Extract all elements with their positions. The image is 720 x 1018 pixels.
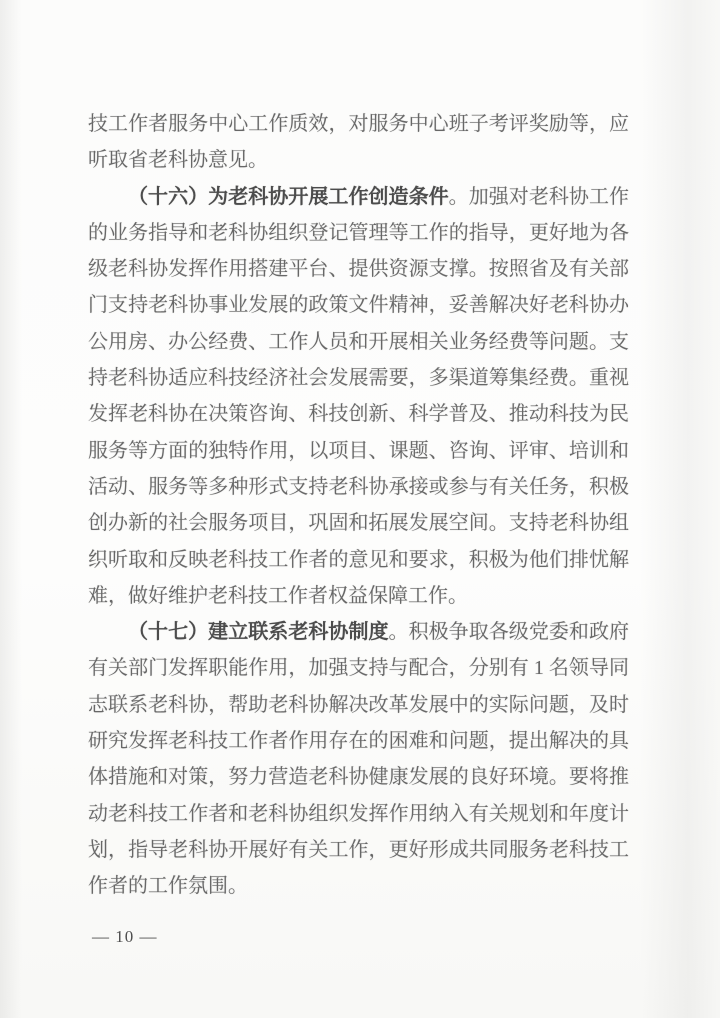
paragraph-item-17: （十七）建立联系老科协制度。积极争取各级党委和政府有关部门发挥职能作用，加强支持… [88, 614, 629, 904]
section-16-body: 。加强对老科协工作的业务指导和老科协组织登记管理等工作的指导，更好地为各级老科协… [88, 186, 629, 607]
section-17-body: 。积极争取各级党委和政府有关部门发挥职能作用，加强支持与配合，分别有 1 名领导… [88, 621, 629, 897]
paragraph-continuation: 技工作者服务中心工作质效，对服务中心班子考评奖励等，应听取省老科协意见。 [88, 106, 629, 179]
section-17-heading: （十七）建立联系老科协制度 [128, 621, 389, 643]
page-number: — 10 — [92, 927, 158, 946]
document-text-block: 技工作者服务中心工作质效，对服务中心班子考评奖励等，应听取省老科协意见。 （十六… [88, 106, 629, 905]
paragraph-item-16: （十六）为老科协开展工作创造条件。加强对老科协工作的业务指导和老科协组织登记管理… [88, 179, 629, 615]
page-footer: — 10 — [92, 927, 158, 947]
section-16-heading: （十六）为老科协开展工作创造条件 [128, 186, 449, 208]
